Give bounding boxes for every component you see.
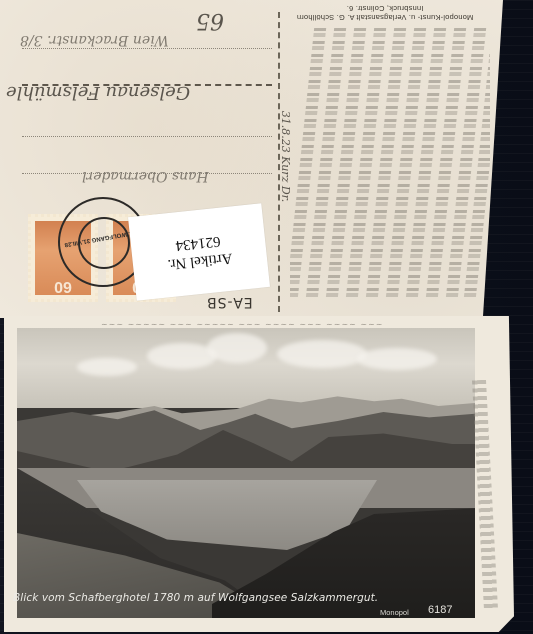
publisher-imprint: Monopol-Kunst- u. Verlagsanstalt A. G. S… [290,4,480,22]
publisher-mark: Monopol [380,608,409,617]
landscape-photo [17,328,475,618]
article-number-label: Artikel Nr. 621434 [128,203,270,301]
handwritten-letter [290,28,490,298]
address-line [22,136,272,137]
publisher-line-2: Innsbruck, Colinstr. 6. [290,4,480,13]
card-number: 6187 [428,604,452,616]
address-handwriting-2: Gelsenau Felsmühle [6,82,190,103]
address-handwriting-3: Hans Obermaderl [82,168,209,184]
handwritten-number: 65 [196,8,224,33]
address-handwriting-1: Wien Brackanstr. 3/8 [20,32,169,48]
publisher-line-1: Monopol-Kunst- u. Verlagsanstalt A. G. S… [290,13,480,22]
address-line [22,48,272,49]
postcard-back: 65 Wien Brackanstr. 3/8 Gelsenau Felsmüh… [0,0,503,318]
photo-caption: Blick vom Schafberghotel 1780 m auf Wolf… [13,592,378,604]
reference-code: EA-SB [206,294,253,310]
